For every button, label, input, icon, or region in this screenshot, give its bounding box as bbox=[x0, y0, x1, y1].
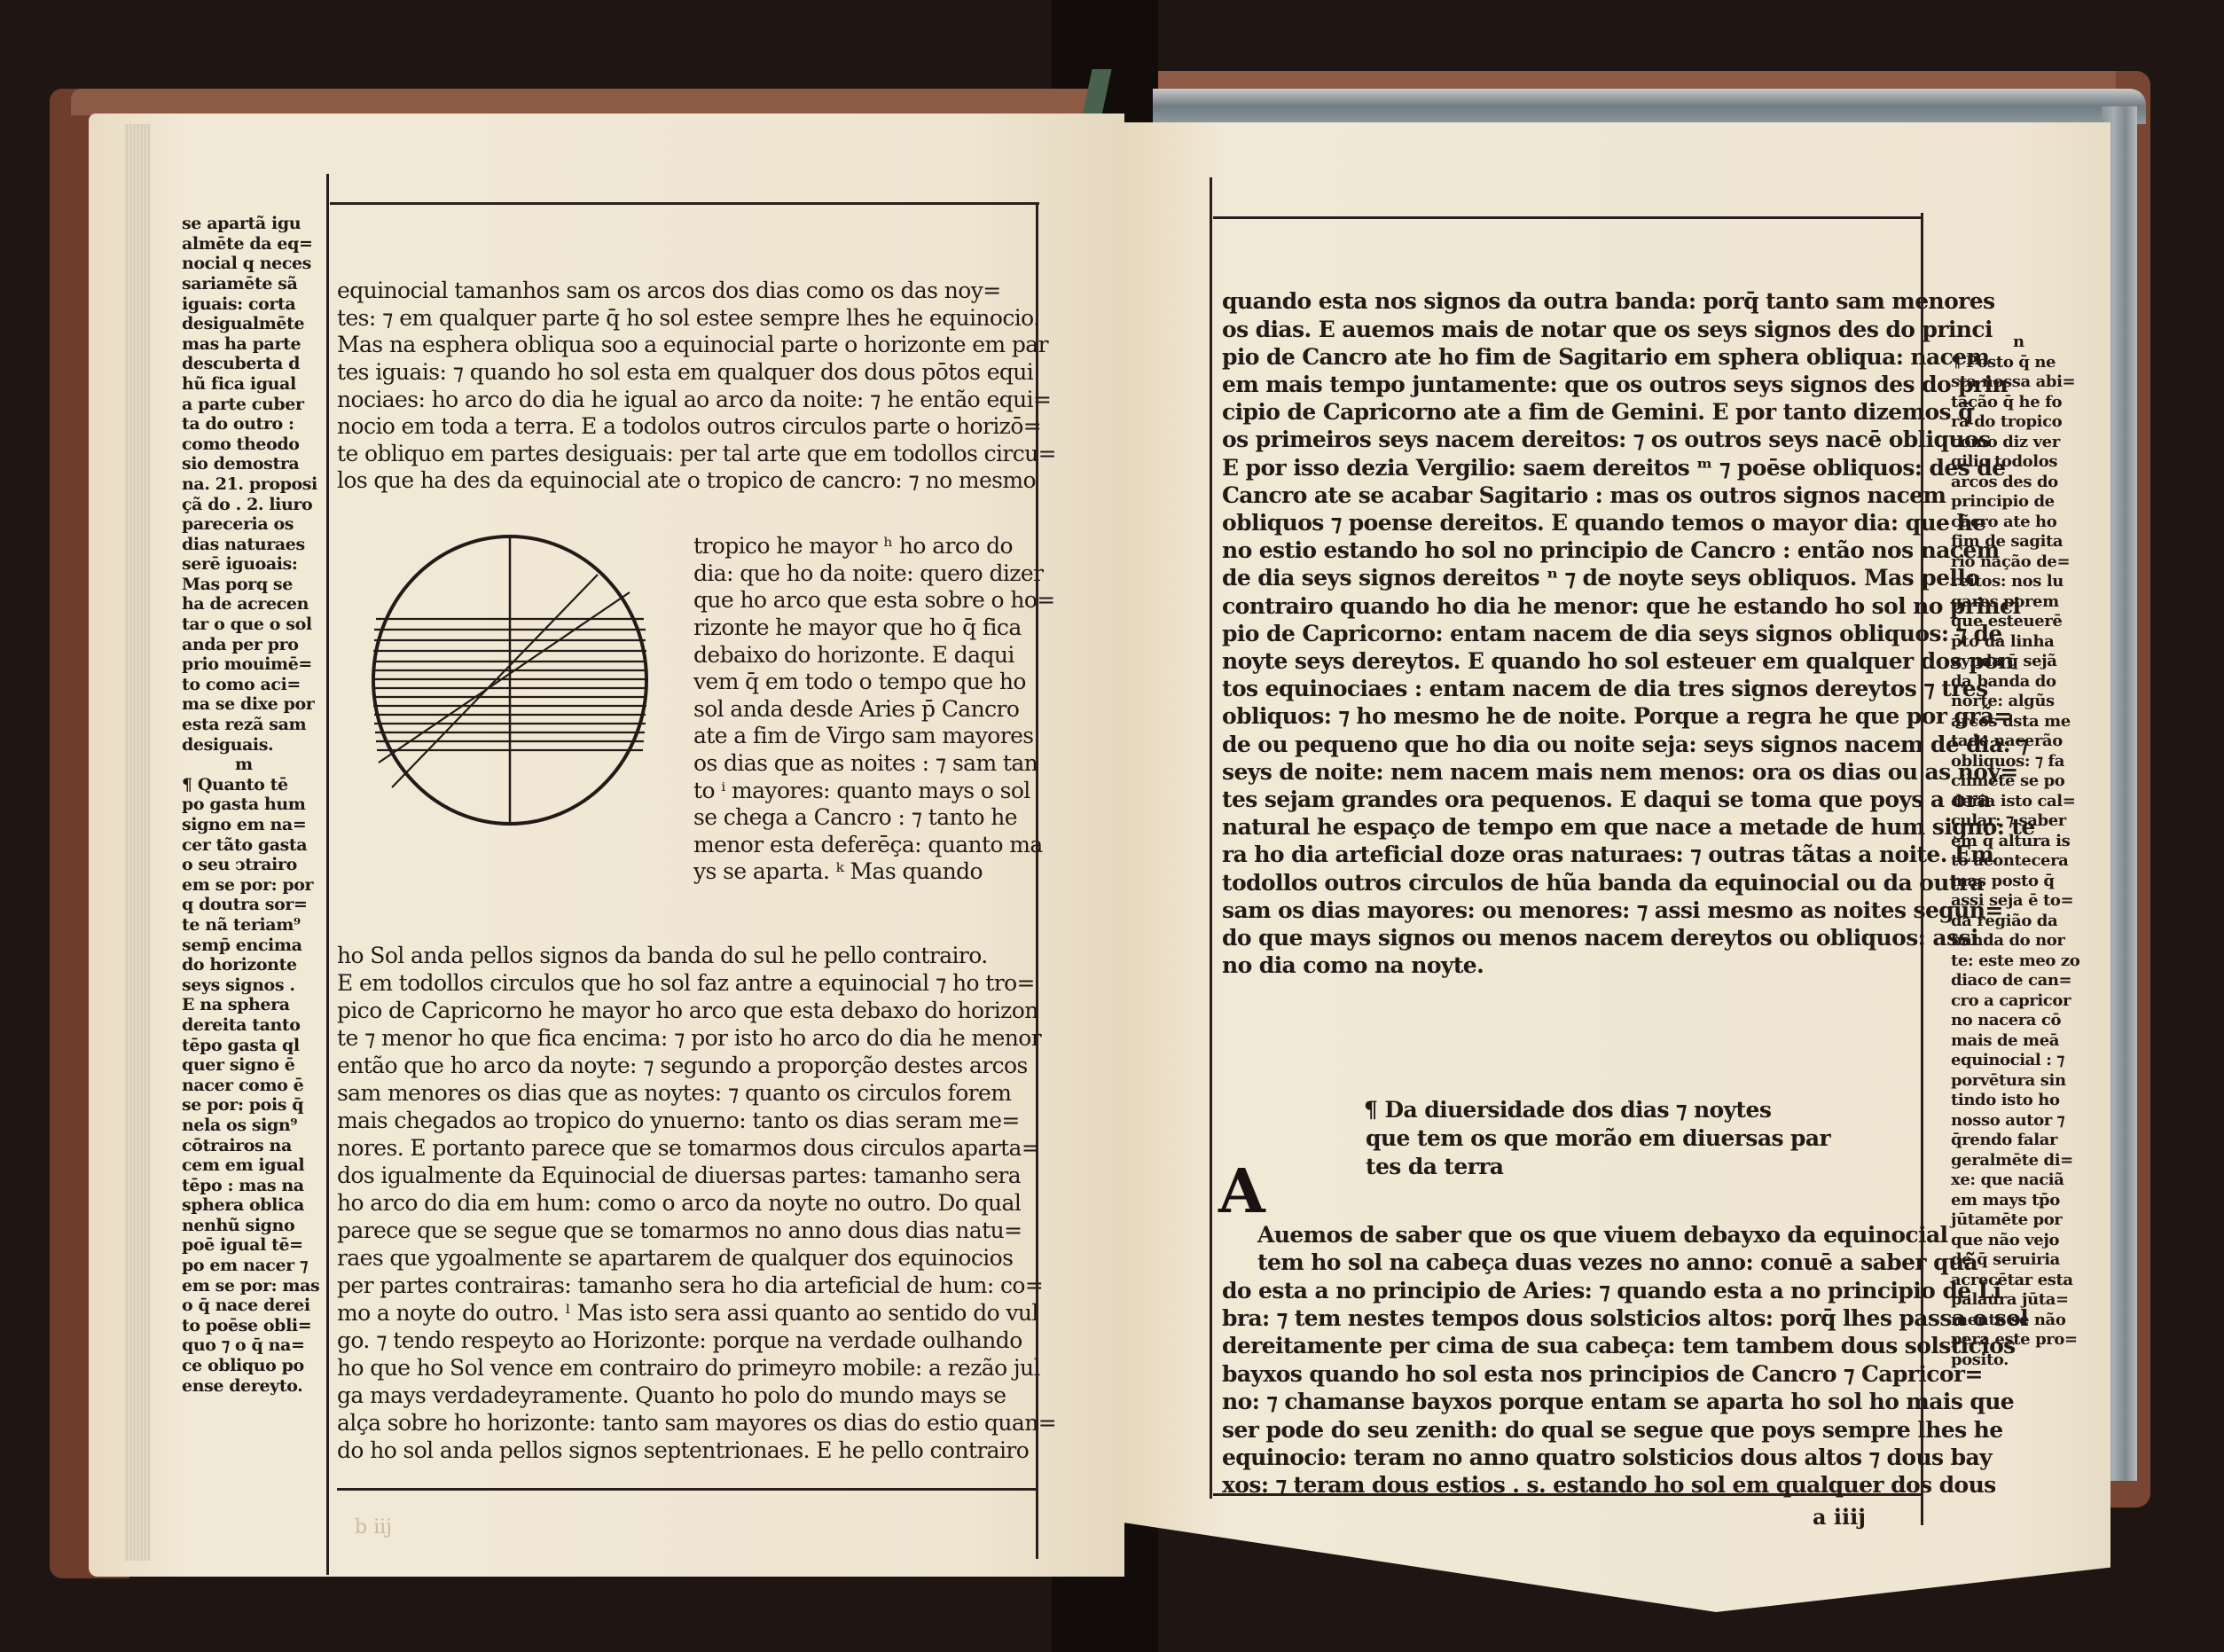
left-top-rule bbox=[330, 202, 1039, 205]
armillary-sphere-diagram bbox=[365, 530, 654, 830]
page-signature: a iiij bbox=[1813, 1504, 1866, 1530]
page-head-edge-right bbox=[1153, 89, 2146, 124]
right-main-text-bottom: Auemos de saber que os que viuem debayxo… bbox=[1257, 1165, 1923, 1527]
right-top-rule bbox=[1213, 216, 1923, 219]
left-main-text-top: equinocial tamanhos sam os arcos dos dia… bbox=[337, 223, 1038, 522]
right-margin-notes: n¶ Posto q̄ nesta nossa abi=tação q̄ he … bbox=[1951, 293, 2093, 1390]
right-left-rule bbox=[1210, 177, 1212, 1499]
left-signature-ghost: b iij bbox=[355, 1516, 392, 1538]
left-margin-notes: se apartã igualmēte da eq=nocial q neces… bbox=[182, 174, 333, 1416]
text-beside-diagram: tropico he mayor ʰ ho arco dodia: que ho… bbox=[693, 479, 1039, 913]
right-main-text-top: quando esta nos signos da outra banda: p… bbox=[1222, 232, 1923, 1007]
left-leaf-stack bbox=[124, 124, 151, 1561]
left-main-text-bottom: ho Sol anda pellos signos da banda do su… bbox=[337, 887, 1038, 1491]
binding-top-left bbox=[71, 89, 1100, 115]
